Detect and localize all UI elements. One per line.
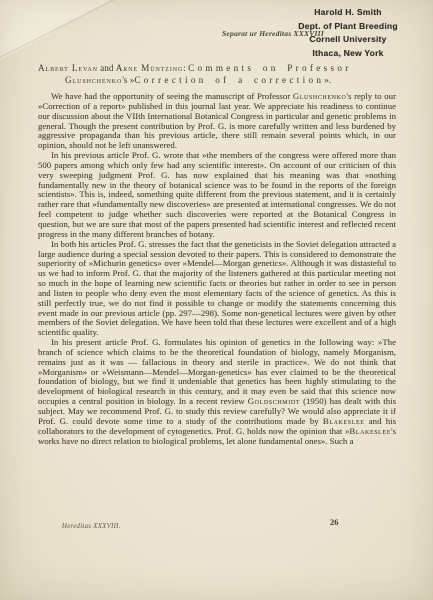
text-segment: and	[98, 63, 116, 73]
smallcaps-name: Blakeslee	[349, 426, 391, 436]
title-line: Albert Levan and Arne Müntzing: Comments…	[38, 63, 396, 75]
paragraph: In his present article Prof. G. formulat…	[38, 338, 396, 446]
text-segment: In both his articles Prof. G. stresses t…	[38, 239, 396, 338]
letterspaced-text: Correction of a correction	[134, 75, 324, 85]
stamp-line: Ithaca, New York	[276, 47, 420, 61]
text-segment: 's »	[122, 75, 134, 85]
stamp-line: Harold H. Smith	[276, 6, 420, 20]
page-number: 26	[330, 518, 338, 527]
stamp-line: Dept. of Plant Breeding	[276, 20, 420, 34]
smallcaps-name: Albert Levan	[38, 63, 98, 73]
ownership-stamp: Harold H. SmithDept. of Plant BreedingCo…	[276, 6, 420, 60]
article-body: We have had the opportunity of seeing th…	[38, 92, 396, 446]
text-segment: In his previous article Prof. G. wrote t…	[38, 150, 396, 239]
title-line: Glushchenko's »Correction of a correctio…	[38, 75, 396, 87]
journal-signature: Hereditas XXXVIII.	[62, 523, 121, 530]
smallcaps-name: Blakeslee	[323, 416, 365, 426]
text-segment: ».	[324, 75, 331, 85]
article-title: Albert Levan and Arne Müntzing: Comments…	[38, 63, 396, 87]
scanned-journal-page: Separat ur Hereditas XXXVIII Harold H. S…	[0, 0, 433, 600]
smallcaps-name: Goldschmidt	[248, 396, 300, 406]
text-segment: We have had the opportunity of seeing th…	[51, 91, 293, 101]
paragraph: We have had the opportunity of seeing th…	[38, 92, 396, 151]
stamp-line: Cornell University	[276, 33, 420, 47]
letterspaced-text: Comments on Professor	[188, 63, 352, 73]
smallcaps-name: Arne Müntzing	[116, 63, 183, 73]
smallcaps-name: Glushchenko	[293, 91, 347, 101]
text-segment: 's reply to our »Correction of a report»…	[38, 91, 396, 150]
paragraph: In his previous article Prof. G. wrote t…	[38, 151, 396, 240]
smallcaps-name: Glushchenko	[65, 75, 122, 85]
paragraph: In both his articles Prof. G. stresses t…	[38, 240, 396, 338]
